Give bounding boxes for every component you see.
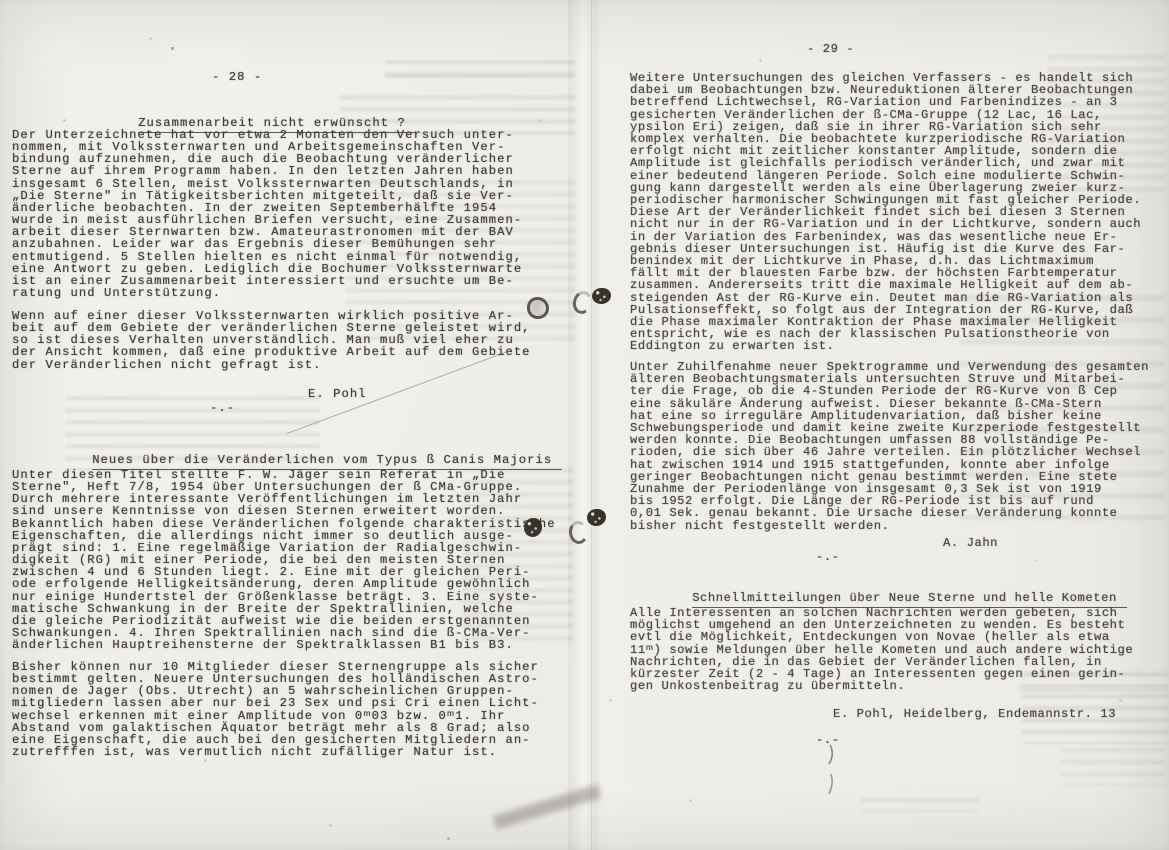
bleed-through-ghost	[960, 295, 1165, 520]
bleed-through-ghost	[385, 60, 575, 77]
signature: A. Jahn	[943, 536, 998, 550]
paper-noise	[0, 0, 1, 1]
handwritten-mark	[820, 742, 846, 800]
page-number: - 29 -	[807, 42, 854, 56]
text-line: bisher nicht festgestellt werden.	[630, 520, 1149, 532]
section-separator: -.-	[816, 550, 840, 564]
page-number: - 28 -	[212, 70, 262, 84]
bleed-through-ghost	[1022, 694, 1169, 744]
text-line: wechsel erkennen mit einer Amplitude von…	[12, 710, 539, 722]
page-gutter-line	[591, 0, 592, 850]
text-line: evtl die Möglichkeit, Entdeckungen von N…	[630, 631, 1133, 643]
bleed-through-ghost	[345, 180, 575, 345]
text-line: in der Variation des Farbenindex, was da…	[630, 231, 1141, 243]
bleed-through-ghost	[462, 468, 574, 643]
text-line: nicht nur in der RG-Variation und in der…	[630, 218, 1141, 230]
text-line: zusammen. Andererseits tritt die maximal…	[630, 279, 1141, 291]
bleed-through-ghost	[1048, 55, 1165, 200]
bleed-through-ghost	[1020, 672, 1168, 691]
bleed-through-ghost	[65, 396, 320, 471]
paragraph: Bisher können nur 10 Mitglieder dieser S…	[12, 661, 539, 758]
text-line: der Ansicht kommen, daß eine produktive …	[12, 346, 531, 358]
text-line: Sterne auf ihrem Programm haben. In den …	[12, 165, 522, 177]
bleed-through-ghost	[860, 798, 980, 812]
text-line: zutrefffen ist, was vermutlich nicht zuf…	[12, 746, 539, 758]
text-line: mitgliedern lassen aber nur bei 23 Sex u…	[12, 697, 539, 709]
bleed-through-ghost	[340, 95, 575, 135]
text-line: der Veränderlichen nicht gefragt ist.	[12, 359, 531, 371]
bleed-through-ghost	[1060, 748, 1165, 786]
scanned-document: - 28 - Zusammenarbeit nicht erwünscht ? …	[0, 0, 1169, 850]
text-line: 11ᵐ) sowie Meldungen über helle Kometen …	[630, 644, 1133, 656]
